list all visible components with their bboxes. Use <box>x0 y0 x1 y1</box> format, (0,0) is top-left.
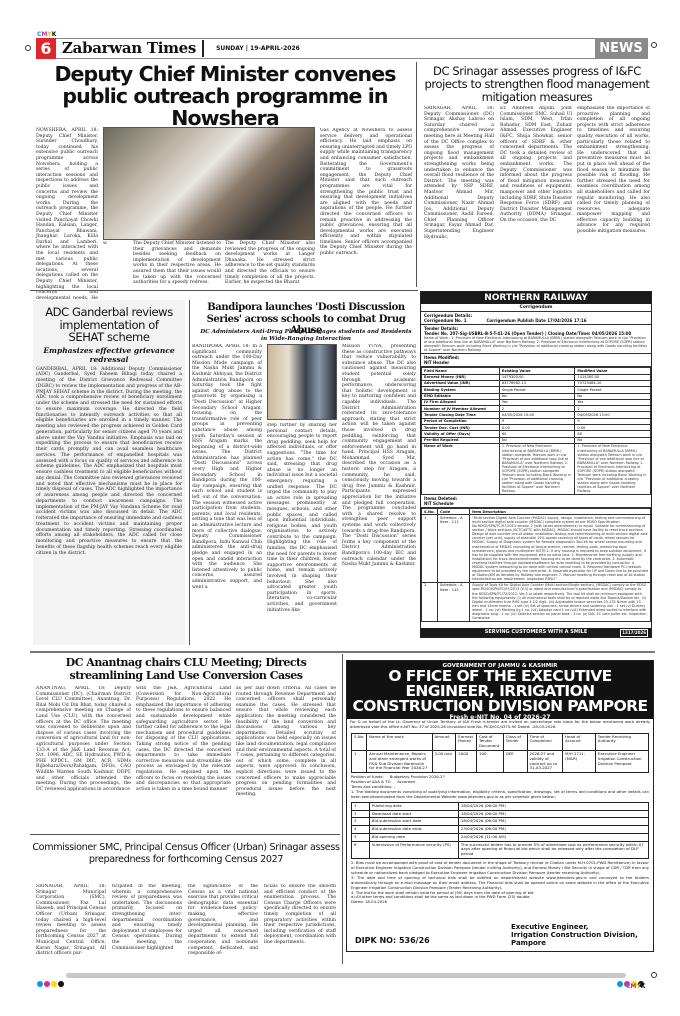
modified-values-table: Field NameExisting ValueModified Value E… <box>421 367 651 495</box>
corr-no: Corrigendum No. 1 <box>424 318 467 323</box>
section-label: NEWS <box>595 38 647 59</box>
adc-headline: ADC Ganderbal reviews implementation of … <box>33 300 185 344</box>
census-col4: ficials to ensure the smooth and efficie… <box>264 884 336 964</box>
column-divider <box>416 62 417 287</box>
office-title: O FFICE OF THE EXECUTIVE ENGINEER, IRRIG… <box>347 669 653 714</box>
dc-srinagar-headline: DC Srinagar assesses progress of I&FC pr… <box>424 65 650 104</box>
lead-caption2: The Deputy Chief Minister also reviewed … <box>225 241 315 286</box>
column-divider <box>342 654 343 964</box>
corr-date: Corrigendum Publish Date 17/04/2026 17:1… <box>487 318 587 323</box>
issue-date: SUNDAY | 19-APRIL-2026 <box>204 45 595 52</box>
signatory-title: Executive Engineer, <box>511 923 653 931</box>
anantnag-col1: ANANTNAG, APRIL 18: Deputy Commissioner … <box>36 686 131 829</box>
railway-subtitle: Corrigendum <box>421 304 651 312</box>
railway-title: NORTHERN RAILWAY <box>421 292 651 304</box>
section-divider <box>30 651 655 653</box>
dipk-number: DIPK NO: 536/26 <box>355 936 430 945</box>
census-col1: SRINAGAR, APRIL 18: Srinagar Municipal C… <box>36 884 106 964</box>
bandipora-col1: BANDIPORA, APRIL 18: In a significant co… <box>192 344 262 644</box>
lead-headline: Deputy Chief Minister convenes public ou… <box>30 63 420 129</box>
adc-body: GANDERBAL, APRIL 18: Additional Deputy C… <box>33 364 185 649</box>
section-divider <box>30 834 340 835</box>
registration-mark <box>651 42 657 48</box>
bandipora-col2: step further by sharing her personal con… <box>267 423 337 645</box>
railway-footer: SERVING CUSTOMERS WITH A SMILE1317/2026 <box>421 628 651 637</box>
footer-bar-left <box>66 973 626 978</box>
work-name: Name of Work : 1. Provision of New Elect… <box>424 336 648 352</box>
irrigation-ad-header: GOVERNMENT OF JAMMU & KASHMIR O FFICE OF… <box>347 661 653 719</box>
bandipora-subhead: DC Administers Anti-Drug Pledge, Engages… <box>200 329 412 343</box>
lead-caption1: The Deputy Chief Minister listened to th… <box>133 241 221 286</box>
dc-srinagar-col2: Er. Ambreen Anjum, Joint Commissioner SM… <box>500 106 572 288</box>
registration-mark <box>651 972 657 978</box>
bandipora-col3: Mission YUVA, presenting these as constr… <box>342 344 416 644</box>
ad-code: 1317/2026 <box>620 629 648 637</box>
irrigation-tender-ad: GOVERNMENT OF JAMMU & KASHMIR O FFICE OF… <box>346 660 654 952</box>
adc-ganderbal-box: ADC Ganderbal reviews implementation of … <box>33 300 185 645</box>
ad-intro: For & on behalf of the Lt. Governor of U… <box>347 719 653 731</box>
anantnag-headline: DC Anantnag chairs CLU Meeting; Directs … <box>32 656 340 682</box>
page-number: 6 <box>36 38 56 59</box>
work-table: S.No.Name of the workAmountEarnest Money… <box>351 733 649 774</box>
schedule-table: S.No.CodeItem Description 1Schedule - A … <box>421 508 651 622</box>
census-col2: ticipated in the meeting, wherein a comp… <box>112 884 182 964</box>
lead-photo <box>103 127 315 240</box>
nit-header: NIT Header <box>424 360 648 365</box>
section-divider <box>30 290 418 291</box>
adc-subhead: Emphasizes effective grievance redressal <box>33 346 185 364</box>
nit-schedule: NIT Schedule <box>424 501 648 506</box>
northern-railway-ad: NORTHERN RAILWAY Corrigendum Corrigendum… <box>420 291 652 638</box>
term-1: 1. The bidding documents consisting of q… <box>347 790 653 800</box>
term-2: 2. Bids must be accompanied with proof o… <box>347 861 653 876</box>
dc-srinagar-col1: SRINAGAR, APRIL 18: Deputy Commissioner … <box>424 106 494 288</box>
bandipora-photo <box>267 344 337 420</box>
cmyk-dots-left <box>37 972 65 991</box>
lead-col4: Gas Agency at Nowshera to assess service… <box>320 128 412 286</box>
cmyk-label-footer: CMYK <box>626 983 645 990</box>
census-col3: the significance of the Census as a vita… <box>188 884 258 964</box>
column-divider <box>189 300 190 645</box>
census-headline: Commissioner SMC, Principal Census Offic… <box>32 842 340 866</box>
lead-col1b: w <box>103 241 130 289</box>
ad-dated: Dated: 18-04-2026 <box>347 900 653 905</box>
registration-mark <box>25 45 31 51</box>
dc-srinagar-col3: emphasized the importance of proactive p… <box>577 106 650 288</box>
schedule-table: 1Publishing date18/04/2026 (06:00 PM) 2D… <box>351 802 649 859</box>
masthead: 6 Zabarwan Times SUNDAY | 19-APRIL-2026 … <box>36 38 648 59</box>
paper-name: Zabarwan Times <box>56 40 204 57</box>
anantnag-col3: as per laid down criteria. All cases be … <box>236 686 336 829</box>
anantnag-col2: with the J&K Agricultural Land (Conversi… <box>136 686 231 829</box>
signatory-office: Irrigation Construction Division, Pampor… <box>511 931 653 947</box>
term-3: 3. The date and time of opening of techn… <box>347 876 653 891</box>
